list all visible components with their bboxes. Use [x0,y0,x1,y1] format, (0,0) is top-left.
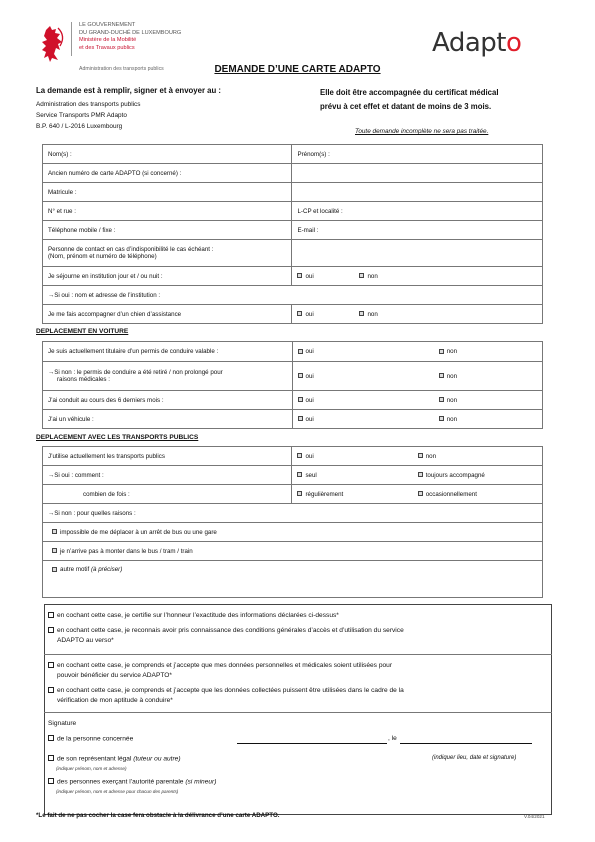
matricule-value[interactable] [292,183,543,202]
institution-oui-checkbox[interactable]: oui [297,273,359,280]
signature-person-checkbox[interactable]: de la personne concernée [48,735,133,743]
date-label: , le [388,735,397,742]
contact-field[interactable]: Personne de contact en cas d’indisponibi… [43,240,292,267]
permis-retire-non-checkbox[interactable]: non [434,362,543,391]
chien-non-checkbox[interactable]: non [359,311,377,318]
institution-detail-field[interactable]: →Si oui : nom et adresse de l’institutio… [43,286,543,305]
government-name: LE GOUVERNEMENT DU GRAND-DUCHÉ DE LUXEMB… [79,22,181,52]
header-divider [71,22,72,56]
signature-representative-checkbox[interactable]: de son représentant légal (tuteur ou aut… [48,755,181,763]
permis-question: Je suis actuellement titulaire d’un perm… [43,342,293,362]
transports-question: J’utilise actuellement les transports pu… [43,447,292,466]
transports-oui-checkbox[interactable]: oui [292,447,413,466]
signature-parents-checkbox[interactable]: des personnes exerçant l’autorité parent… [48,778,216,786]
chien-oui-checkbox[interactable]: oui [297,311,359,318]
luxembourg-lion-icon [38,24,68,64]
declaration-2-checkbox[interactable]: en cochant cette case, je reconnais avoi… [48,626,543,646]
ancien-numero-value[interactable] [292,164,543,183]
vehicule-oui-checkbox[interactable]: oui [292,410,434,429]
permis-retire-oui-checkbox[interactable]: oui [292,362,434,391]
voiture-table: Je suis actuellement titulaire d’un perm… [42,341,543,429]
declaration-1-checkbox[interactable]: en cochant cette case, je certifie sur l… [48,611,543,621]
institution-non-checkbox[interactable]: non [359,273,377,280]
signature-place-line[interactable] [237,743,387,744]
adapto-logo: Adapto [432,28,521,58]
comment-question: →Si oui : comment : [43,466,292,485]
incomplete-warning: Toute demande incomplète ne sera pas tra… [355,128,488,135]
vehicule-non-checkbox[interactable]: non [434,410,543,429]
place-date-hint: (indiquer lieu, date et signature) [432,755,516,761]
institution-question: Je séjourne en institution jour et / ou … [43,267,292,286]
permis-oui-checkbox[interactable]: oui [292,342,434,362]
footnote: *Le fait de ne pas cocher la case fera o… [36,812,279,819]
telephone-field[interactable]: Téléphone mobile / fixe : [43,221,292,240]
conduit-non-checkbox[interactable]: non [434,391,543,410]
signature-label: Signature [48,720,76,727]
occasionnellement-checkbox[interactable]: occasionnellement [413,485,543,504]
raison-monter-checkbox[interactable]: je n’arrive pas à monter dans le bus / t… [43,542,543,561]
signature-divider [44,712,552,713]
permis-retire-question: →Si non : le permis de conduire a été re… [43,362,293,391]
certificate-notice: Elle doit être accompagnée du certificat… [320,86,499,114]
raison-arret-checkbox[interactable]: impossible de me déplacer à un arrêt de … [43,523,543,542]
version-label: V.04/2021 [524,814,545,819]
contact-value[interactable] [292,240,543,267]
conduit-oui-checkbox[interactable]: oui [292,391,434,410]
regulierement-checkbox[interactable]: régulièrement [292,485,413,504]
conduit-question: J’ai conduit au cours des 6 derniers moi… [43,391,293,410]
parents-hint: (indiquer prénom, nom et adresse pour ch… [56,789,178,794]
wheelchair-icon: o [506,28,521,58]
send-instructions: La demande est à remplir, signer et à en… [36,86,221,132]
representative-hint: (indiquer prénom, nom et adresse) [56,766,126,771]
vehicule-question: J’ai un véhicule : [43,410,293,429]
raisons-title: →Si non : pour quelles raisons : [43,504,543,523]
declarations-divider [44,654,552,655]
seul-checkbox[interactable]: seul [292,466,413,485]
section-voiture-title: DEPLACEMENT EN VOITURE [36,328,128,335]
frequence-question: combien de fois : [43,485,292,504]
transports-non-checkbox[interactable]: non [413,447,543,466]
transports-table: J’utilise actuellement les transports pu… [42,446,543,598]
section-transports-title: DEPLACEMENT AVEC LES TRANSPORTS PUBLICS [36,434,198,441]
accompagne-checkbox[interactable]: toujours accompagné [413,466,543,485]
permis-non-checkbox[interactable]: non [434,342,543,362]
ancien-numero-field[interactable]: Ancien numéro de carte ADAPTO (si concer… [43,164,292,183]
personal-info-table: Nom(s) : Prénom(s) : Ancien numéro de ca… [42,144,543,324]
chien-question: Je me fais accompagner d’un chien d’assi… [43,305,292,324]
localite-field[interactable]: L-CP et localité : [292,202,543,221]
declaration-3-checkbox[interactable]: en cochant cette case, je comprends et j… [48,661,543,681]
nom-field[interactable]: Nom(s) : [43,145,292,164]
prenom-field[interactable]: Prénom(s) : [292,145,543,164]
matricule-field[interactable]: Matricule : [43,183,292,202]
raison-autre-checkbox[interactable]: autre motif (à préciser) [43,561,543,598]
signature-date-line[interactable] [400,743,532,744]
declaration-4-checkbox[interactable]: en cochant cette case, je comprends et j… [48,686,543,706]
page-title: DEMANDE D’UNE CARTE ADAPTO [0,64,595,75]
email-field[interactable]: E-mail : [292,221,543,240]
rue-field[interactable]: N° et rue : [43,202,292,221]
